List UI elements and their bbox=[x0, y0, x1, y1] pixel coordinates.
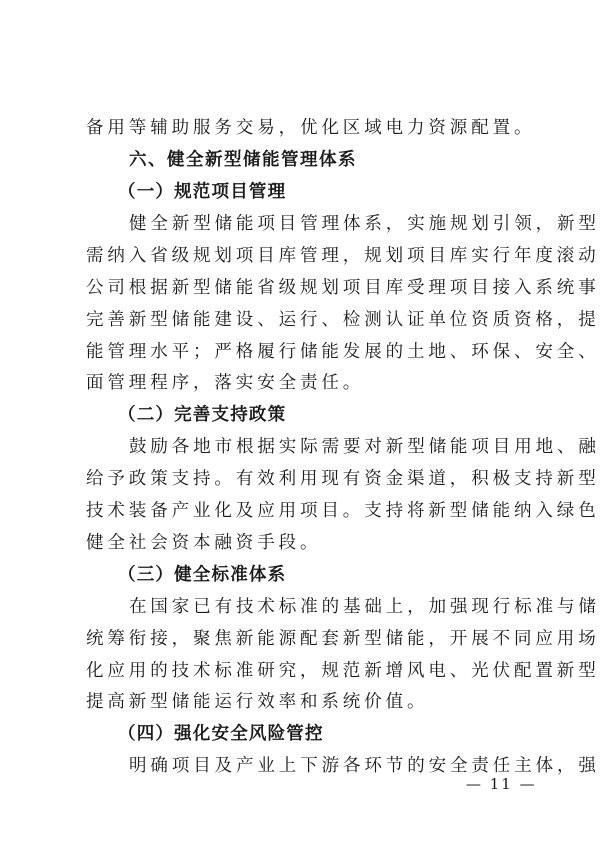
section-heading: 六、健全新型储能管理体系 bbox=[129, 149, 517, 171]
subsection-heading: （三）健全标准体系 bbox=[118, 564, 549, 586]
body-line: 健全社会资本融资手段。 bbox=[86, 532, 517, 554]
paragraph-first-line: 明确项目及产业上下游各环节的安全责任主体，强化安全责 bbox=[129, 755, 517, 777]
subsection-heading: （二）完善支持政策 bbox=[118, 404, 549, 426]
body-line: 能管理水平；严格履行储能发展的土地、环保、安全、消防等方 bbox=[86, 341, 517, 363]
paragraph-first-line: 在国家已有技术标准的基础上，加强现行标准与储能应用的 bbox=[129, 596, 517, 618]
body-line: 给予政策支持。有效利用现有资金渠道，积极支持新型储能关键 bbox=[86, 468, 517, 490]
body-line: 面管理程序，落实安全责任。 bbox=[86, 372, 517, 394]
subsection-heading: （四）强化安全风险管控 bbox=[118, 723, 549, 745]
body-line: 技术装备产业化及应用项目。支持将新型储能纳入绿色金融体系， bbox=[86, 500, 517, 522]
subsection-heading: （一）规范项目管理 bbox=[118, 181, 549, 203]
body-line: 提高新型储能运行效率和系统价值。 bbox=[86, 691, 517, 713]
body-line: 化应用的技术标准研究，规范新增风电、光伏配置新型储能要求， bbox=[86, 660, 517, 682]
body-line: 公司根据新型储能省级规划项目库受理项目接入系统事宜办理。 bbox=[86, 277, 517, 299]
body-line: 统筹衔接，聚焦新能源配套新型储能，开展不同应用场景和多元 bbox=[86, 628, 517, 650]
page-number: — 11 — bbox=[466, 775, 537, 793]
document-page: 备用等辅助服务交易，优化区域电力资源配置。 六、健全新型储能管理体系 （一）规范… bbox=[0, 0, 600, 850]
body-line: 完善新型储能建设、运行、检测认证单位资质资格，提升新型储 bbox=[86, 309, 517, 331]
paragraph-first-line: 健全新型储能项目管理体系，实施规划引领，新型储能项目 bbox=[129, 213, 517, 235]
body-line: 需纳入省级规划项目库管理，规划项目库实行年度滚动；省电力 bbox=[86, 245, 517, 267]
paragraph-first-line: 鼓励各地市根据实际需要对新型储能项目用地、融资等方面 bbox=[129, 436, 517, 458]
body-line: 备用等辅助服务交易，优化区域电力资源配置。 bbox=[86, 117, 517, 139]
